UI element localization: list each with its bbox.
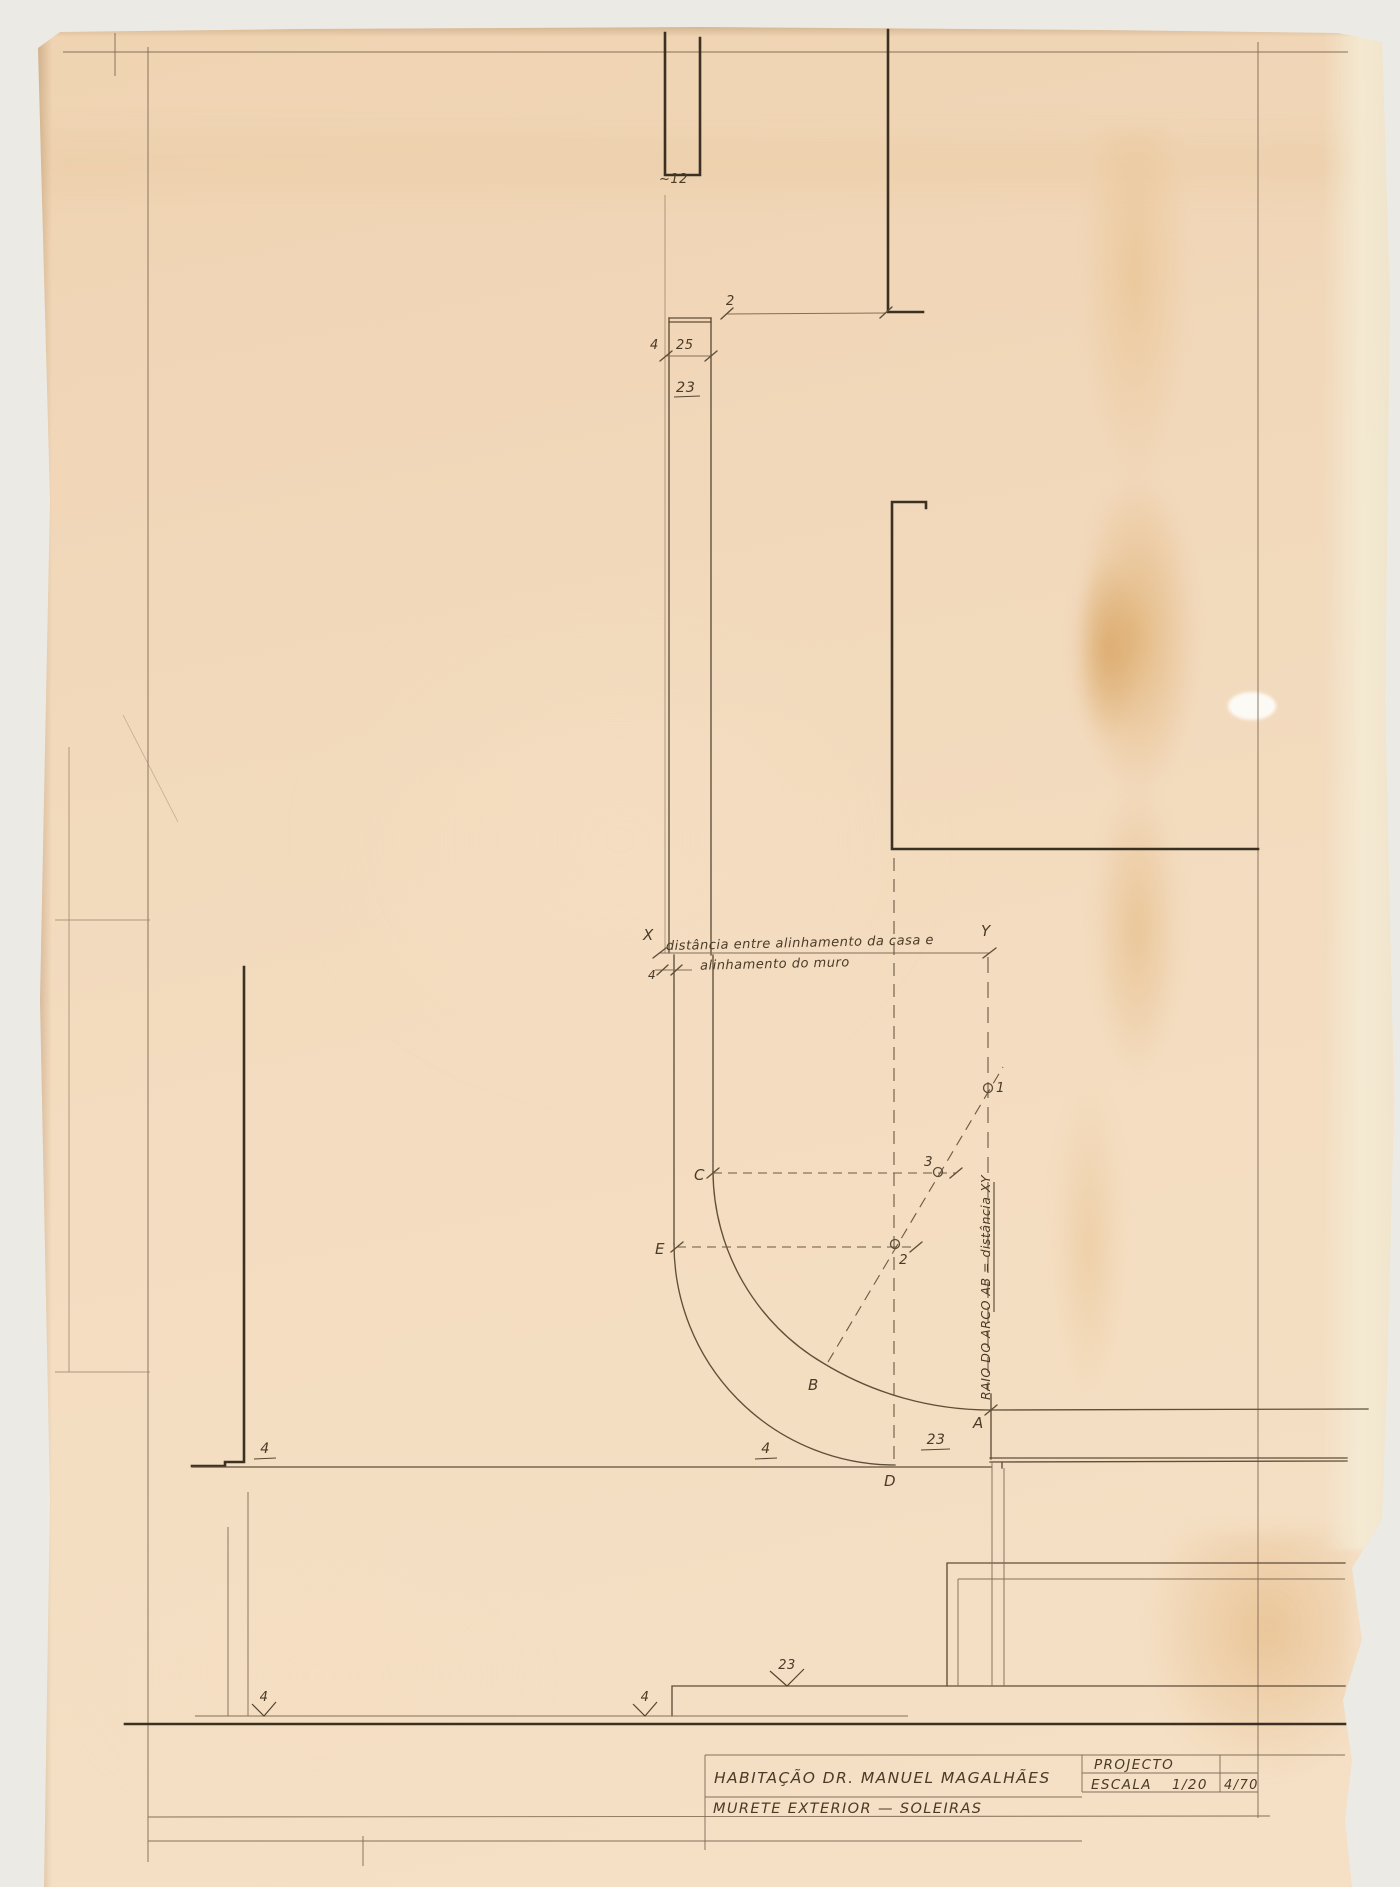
- annotations: ~12 2 4 25 23 X Y distância entre alinha…: [260, 172, 1005, 1705]
- point-label-D: D: [884, 1472, 896, 1490]
- walls-heavy: [125, 30, 1345, 1724]
- dim-label-25: 25: [676, 338, 694, 353]
- dim-label-4-ground-mid: 4: [761, 1441, 770, 1457]
- sheet-title: MURETE EXTERIOR — SOLEIRAS: [713, 1801, 982, 1817]
- step-edge: [672, 1686, 1345, 1716]
- note-line-2: alinhamento do muro: [700, 955, 850, 973]
- point-label-3: 3: [924, 1154, 933, 1170]
- dim-label-4-step-left: 4: [260, 1690, 269, 1705]
- dim-label-12: ~12: [659, 172, 688, 187]
- point-label-B: B: [808, 1376, 819, 1394]
- radius-note-rotated: RAIO DO ARCO AB = distância XY: [978, 1174, 994, 1400]
- point-label-C: C: [694, 1166, 705, 1184]
- dim-label-4-step-mid: 4: [641, 1690, 650, 1705]
- dim-label-4-ground-left: 4: [260, 1441, 269, 1457]
- point-label-X: X: [642, 926, 654, 944]
- point-label-1: 1: [996, 1080, 1005, 1096]
- dimension-lines: [655, 313, 989, 970]
- scale-value: 1/20: [1172, 1777, 1208, 1793]
- inner-wall-arc: [713, 1172, 1368, 1410]
- outer-wall-arc: [674, 1244, 895, 1465]
- centers-line-B123: [828, 1067, 1003, 1362]
- dimension-ticks: [653, 307, 997, 1415]
- radius-note-text: RAIO DO ARCO AB = distância XY: [978, 1174, 993, 1400]
- point-label-Y: Y: [981, 922, 992, 940]
- dim-label-23-step: 23: [778, 1658, 796, 1673]
- dim-label-4-top: 4: [650, 338, 659, 353]
- walls-medium: [192, 195, 1368, 1716]
- scanned-drawing-sheet: ~12 2 4 25 23 X Y distância entre alinha…: [0, 0, 1400, 1887]
- title-block: HABITAÇÃO DR. MANUEL MAGALHÃES MURETE EX…: [148, 1755, 1345, 1866]
- dim-label-23-wall: 23: [676, 380, 695, 396]
- point-label-2: 2: [899, 1252, 908, 1268]
- sheet-number: 4/70: [1224, 1778, 1259, 1793]
- tracing-paper: ~12 2 4 25 23 X Y distância entre alinha…: [0, 0, 1400, 1887]
- dim-label-4-x: 4: [648, 968, 656, 982]
- step-arrows: [252, 1669, 804, 1716]
- scale-label: ESCALA: [1091, 1777, 1152, 1793]
- point-label-A: A: [972, 1414, 984, 1432]
- plan-drawing: ~12 2 4 25 23 X Y distância entre alinha…: [0, 0, 1400, 1887]
- dim-label-2: 2: [726, 294, 735, 309]
- dim-label-23-ground: 23: [927, 1432, 946, 1448]
- phase-label: PROJECTO: [1094, 1757, 1174, 1773]
- point-label-E: E: [655, 1240, 665, 1258]
- project-title: HABITAÇÃO DR. MANUEL MAGALHÃES: [714, 1768, 1051, 1787]
- label-underlines: [254, 396, 950, 1459]
